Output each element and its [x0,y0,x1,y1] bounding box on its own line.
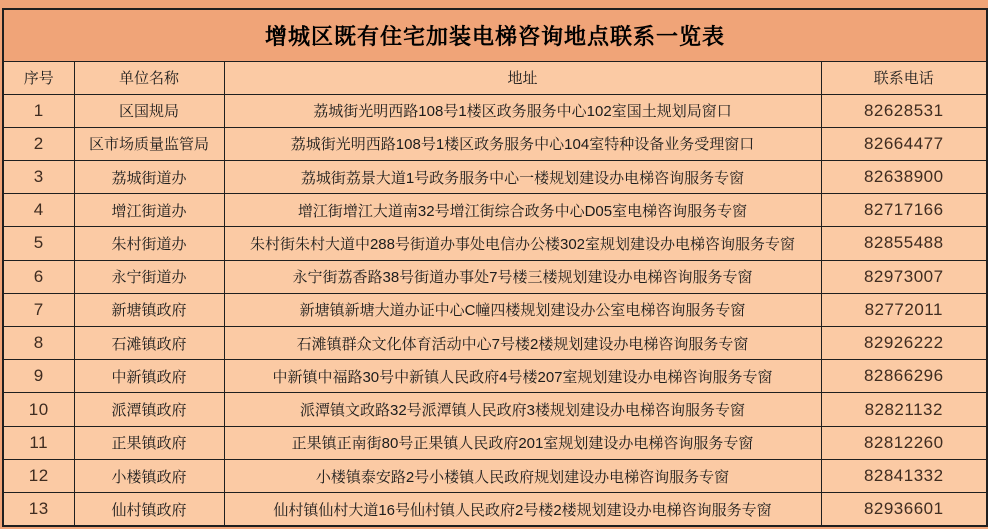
unit-name-cell: 石滩镇政府 [74,327,224,360]
address-cell: 增江街增江大道南32号增江街综合政务中心D05室电梯咨询服务专窗 [224,194,821,227]
unit-name-cell: 新塘镇政府 [74,293,224,326]
serial-number-cell: 12 [3,459,74,492]
phone-cell: 82841332 [821,459,987,492]
serial-number-cell: 3 [3,160,74,193]
address-cell: 新塘镇新塘大道办证中心C幢四楼规划建设办公室电梯咨询服务专窗 [224,293,821,326]
table-body: 1区国规局荔城街光明西路108号1楼区政务服务中心102室国土规划局窗口8262… [3,94,987,526]
unit-name-cell: 区国规局 [74,94,224,127]
unit-name-cell: 朱村街道办 [74,227,224,260]
address-cell: 中新镇中福路30号中新镇人民政府4号楼207室规划建设办电梯咨询服务专窗 [224,360,821,393]
phone-cell: 82772011 [821,293,987,326]
unit-name-cell: 荔城街道办 [74,160,224,193]
phone-cell: 82866296 [821,360,987,393]
col-header-phone: 联系电话 [821,61,987,94]
table-frame: 增城区既有住宅加装电梯咨询地点联系一览表 序号 单位名称 地址 联系电话 1区国… [0,0,988,529]
serial-number-cell: 9 [3,360,74,393]
table-row: 7新塘镇政府新塘镇新塘大道办证中心C幢四楼规划建设办公室电梯咨询服务专窗8277… [3,293,987,326]
serial-number-cell: 6 [3,260,74,293]
table-row: 11正果镇政府正果镇正南街80号正果镇人民政府201室规划建设办电梯咨询服务专窗… [3,426,987,459]
phone-cell: 82812260 [821,426,987,459]
address-cell: 荔城街荔景大道1号政务服务中心一楼规划建设办电梯咨询服务专窗 [224,160,821,193]
address-cell: 小楼镇泰安路2号小楼镇人民政府规划建设办电梯咨询服务专窗 [224,459,821,492]
serial-number-cell: 4 [3,194,74,227]
address-cell: 石滩镇群众文化体育活动中心7号楼2楼规划建设办电梯咨询服务专窗 [224,327,821,360]
table-row: 13仙村镇政府仙村镇仙村大道16号仙村镇人民政府2号楼2楼规划建设办电梯咨询服务… [3,493,987,526]
address-cell: 仙村镇仙村大道16号仙村镇人民政府2号楼2楼规划建设办电梯咨询服务专窗 [224,493,821,526]
col-header-serial: 序号 [3,61,74,94]
phone-cell: 82936601 [821,493,987,526]
unit-name-cell: 仙村镇政府 [74,493,224,526]
phone-cell: 82973007 [821,260,987,293]
unit-name-cell: 小楼镇政府 [74,459,224,492]
table-row: 1区国规局荔城街光明西路108号1楼区政务服务中心102室国土规划局窗口8262… [3,94,987,127]
unit-name-cell: 增江街道办 [74,194,224,227]
unit-name-cell: 中新镇政府 [74,360,224,393]
title-row: 增城区既有住宅加装电梯咨询地点联系一览表 [3,9,987,61]
serial-number-cell: 5 [3,227,74,260]
phone-cell: 82717166 [821,194,987,227]
address-cell: 派潭镇文政路32号派潭镇人民政府3楼规划建设办电梯咨询服务专窗 [224,393,821,426]
page-title: 增城区既有住宅加装电梯咨询地点联系一览表 [3,9,987,61]
unit-name-cell: 永宁街道办 [74,260,224,293]
serial-number-cell: 13 [3,493,74,526]
address-cell: 荔城街光明西路108号1楼区政务服务中心104室特种设备业务受理窗口 [224,127,821,160]
serial-number-cell: 1 [3,94,74,127]
phone-cell: 82628531 [821,94,987,127]
address-cell: 朱村街朱村大道中288号街道办事处电信办公楼302室规划建设办电梯咨询服务专窗 [224,227,821,260]
table-row: 12小楼镇政府小楼镇泰安路2号小楼镇人民政府规划建设办电梯咨询服务专窗82841… [3,459,987,492]
address-cell: 永宁街荔香路38号街道办事处7号楼三楼规划建设办电梯咨询服务专窗 [224,260,821,293]
table-row: 8石滩镇政府石滩镇群众文化体育活动中心7号楼2楼规划建设办电梯咨询服务专窗829… [3,327,987,360]
table-row: 10派潭镇政府派潭镇文政路32号派潭镇人民政府3楼规划建设办电梯咨询服务专窗82… [3,393,987,426]
serial-number-cell: 11 [3,426,74,459]
serial-number-cell: 10 [3,393,74,426]
header-row: 序号 单位名称 地址 联系电话 [3,61,987,94]
serial-number-cell: 2 [3,127,74,160]
table-row: 5朱村街道办朱村街朱村大道中288号街道办事处电信办公楼302室规划建设办电梯咨… [3,227,987,260]
table-row: 9中新镇政府中新镇中福路30号中新镇人民政府4号楼207室规划建设办电梯咨询服务… [3,360,987,393]
serial-number-cell: 8 [3,327,74,360]
contact-table: 增城区既有住宅加装电梯咨询地点联系一览表 序号 单位名称 地址 联系电话 1区国… [2,8,988,527]
table-row: 2区市场质量监管局荔城街光明西路108号1楼区政务服务中心104室特种设备业务受… [3,127,987,160]
phone-cell: 82926222 [821,327,987,360]
address-cell: 正果镇正南街80号正果镇人民政府201室规划建设办电梯咨询服务专窗 [224,426,821,459]
unit-name-cell: 正果镇政府 [74,426,224,459]
col-header-address: 地址 [224,61,821,94]
unit-name-cell: 区市场质量监管局 [74,127,224,160]
address-cell: 荔城街光明西路108号1楼区政务服务中心102室国土规划局窗口 [224,94,821,127]
phone-cell: 82638900 [821,160,987,193]
serial-number-cell: 7 [3,293,74,326]
phone-cell: 82855488 [821,227,987,260]
col-header-unit: 单位名称 [74,61,224,94]
phone-cell: 82821132 [821,393,987,426]
table-row: 3荔城街道办荔城街荔景大道1号政务服务中心一楼规划建设办电梯咨询服务专窗8263… [3,160,987,193]
phone-cell: 82664477 [821,127,987,160]
table-row: 4增江街道办增江街增江大道南32号增江街综合政务中心D05室电梯咨询服务专窗82… [3,194,987,227]
unit-name-cell: 派潭镇政府 [74,393,224,426]
table-row: 6永宁街道办永宁街荔香路38号街道办事处7号楼三楼规划建设办电梯咨询服务专窗82… [3,260,987,293]
